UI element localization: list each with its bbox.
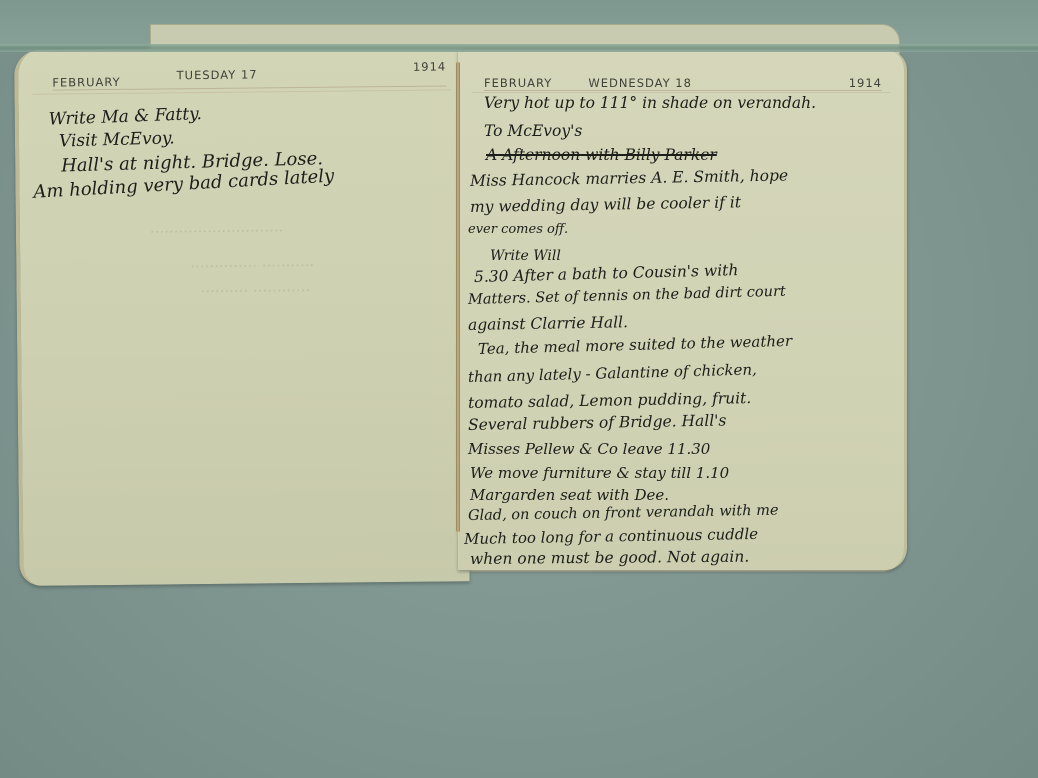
header-day: WEDNESDAY 18	[588, 76, 692, 90]
entry-line: Glad, on couch on front verandah with me	[468, 503, 779, 524]
scanned-diary-scene: FEBRUARY TUESDAY 17 1914 Write Ma & Fatt…	[0, 0, 1038, 778]
diary-page-left: FEBRUARY TUESDAY 17 1914 Write Ma & Fatt…	[14, 45, 470, 586]
ruled-line	[472, 92, 890, 93]
binding-gutter	[456, 62, 460, 532]
page-header-left: FEBRUARY TUESDAY 17 1914	[52, 63, 446, 90]
entry-line: than any lately - Galantine of chicken,	[468, 360, 757, 386]
ruled-line	[32, 89, 450, 94]
header-year: 1914	[849, 76, 882, 90]
entry-line: To McEvoy's	[484, 122, 582, 140]
entry-line: Matters. Set of tennis on the bad dirt c…	[468, 284, 786, 308]
entry-line: Write Will	[490, 248, 561, 264]
page-header-right: FEBRUARY WEDNESDAY 18 1914	[484, 68, 882, 91]
entry-line: Miss Hancock marries A. E. Smith, hope	[470, 166, 788, 190]
entry-line: against Clarrie Hall.	[468, 313, 628, 334]
entry-line: my wedding day will be cooler if it	[470, 193, 741, 216]
entry-line: when one must be good. Not again.	[470, 548, 749, 568]
entry-line: Several rubbers of Bridge. Hall's	[468, 411, 727, 434]
entry-line: Margarden seat with Dee.	[470, 486, 669, 504]
show-through-text: .............. ...........	[190, 252, 314, 271]
entry-line: Misses Pellew & Co leave 11.30	[468, 440, 710, 458]
diary-page-right: FEBRUARY WEDNESDAY 18 1914 Very hot up t…	[458, 50, 907, 570]
entry-line: Tea, the meal more suited to the weather	[478, 332, 793, 358]
glass-plate-edge	[0, 44, 1038, 52]
show-through-text: ............................	[150, 217, 284, 236]
header-month: FEBRUARY	[484, 76, 552, 90]
entry-line: Very hot up to 111° in shade on verandah…	[484, 94, 816, 112]
entry-line: ever comes off.	[468, 222, 568, 237]
entry-line-struck: A Afternoon with Billy Parker	[486, 146, 717, 164]
entry-line: Much too long for a continuous cuddle	[464, 525, 758, 548]
header-year: 1914	[413, 59, 446, 73]
entry-line: We move furniture & stay till 1.10	[470, 464, 729, 482]
entry-line: Write Ma & Fatty.	[48, 104, 202, 130]
header-day: TUESDAY 17	[177, 67, 258, 82]
entry-line: Visit McEvoy.	[59, 128, 175, 151]
entry-line: tomato salad, Lemon pudding, fruit.	[468, 389, 752, 412]
header-month: FEBRUARY	[52, 75, 120, 90]
show-through-text: .......... ............	[200, 277, 310, 296]
entry-line: 5.30 After a bath to Cousin's with	[474, 261, 739, 286]
